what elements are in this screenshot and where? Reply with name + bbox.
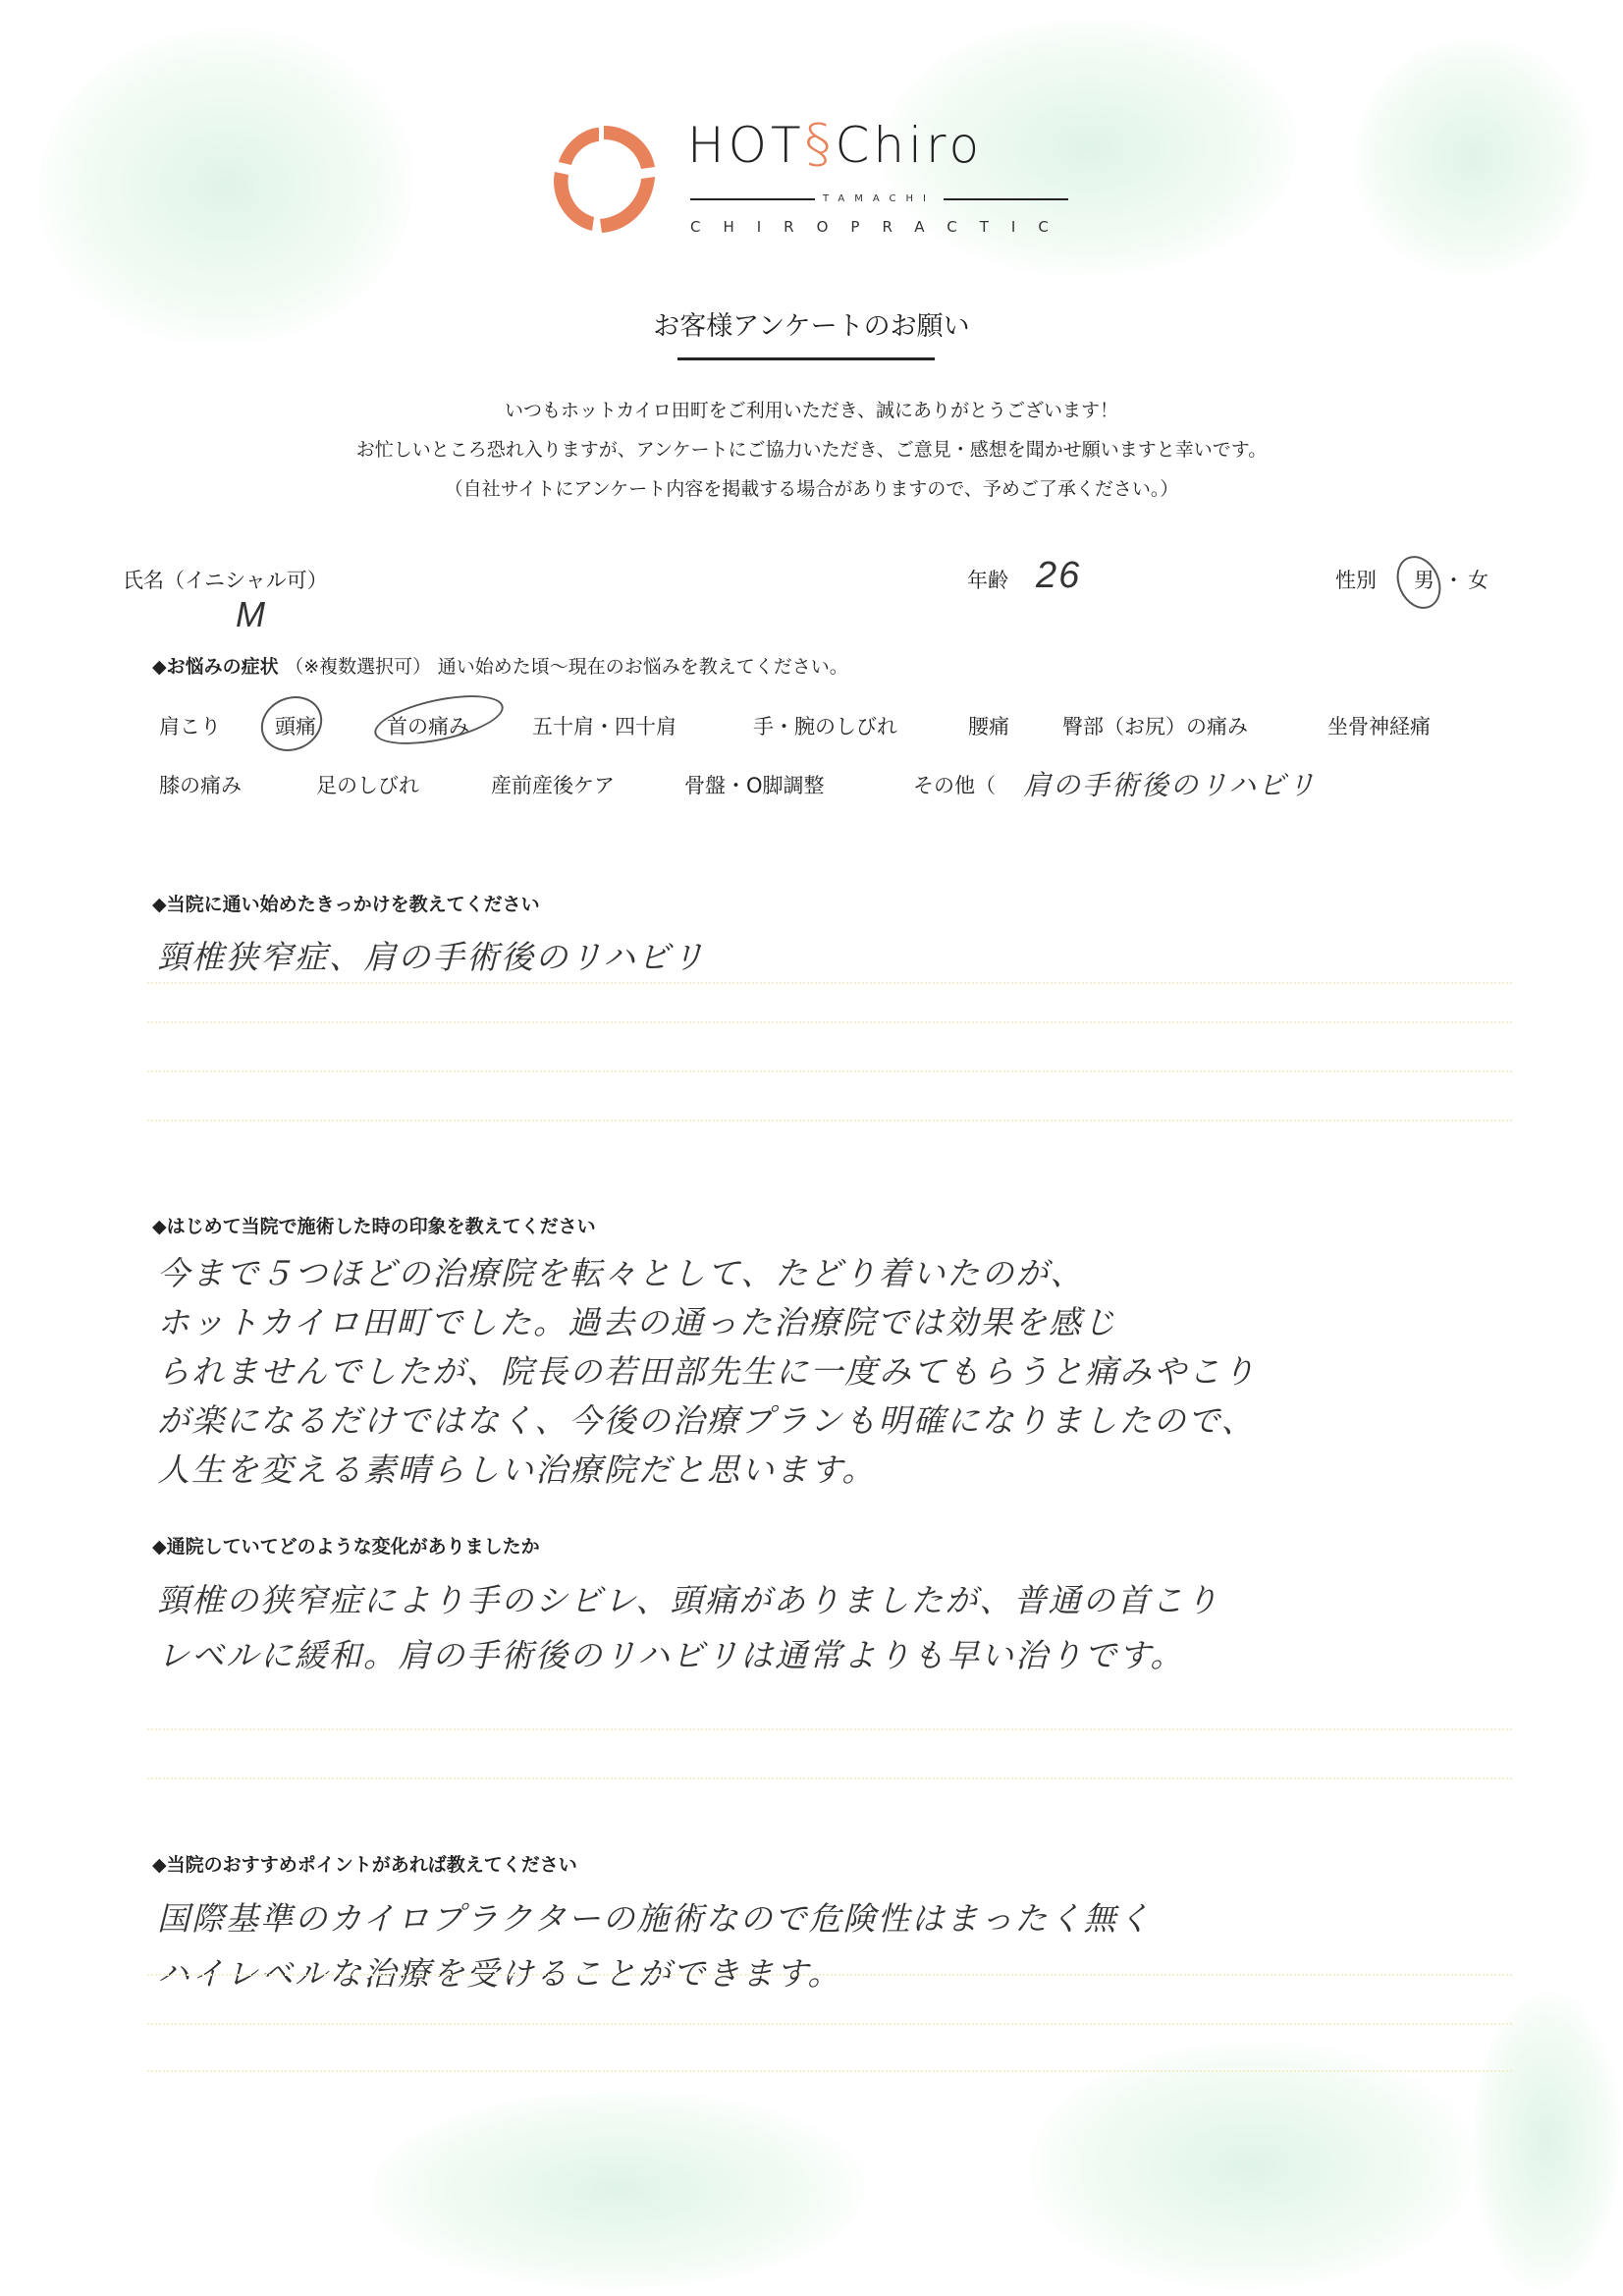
logo-word-hot: HOT	[687, 117, 805, 174]
answer-line: 頸椎狭窄症、肩の手術後のリハビリ	[157, 931, 1532, 984]
logo-wordmark: HOT§Chiro	[687, 113, 983, 175]
logo-rule-left	[690, 198, 815, 200]
symptom-other-field[interactable]: 肩の手術後のリハビリ	[1023, 764, 1317, 803]
answer-field-2[interactable]: 今まで５つほどの治療院を転々として、たどり着いたのが、 ホットカイロ田町でした。…	[157, 1249, 1532, 1495]
answer-guide-line	[147, 1120, 1512, 1121]
page-title: お客様アンケートのお願い	[0, 304, 1623, 343]
logo-tagline: CHIROPRACTIC	[690, 218, 1071, 236]
background-leaf-decoration	[373, 2092, 864, 2288]
name-label: 氏名（イニシャル可）	[123, 565, 328, 594]
answer-guide-line	[147, 2023, 1512, 2025]
logo-word-chiro: Chiro	[836, 117, 984, 174]
symptom-option-ashi-shibire[interactable]: 足のしびれ	[316, 770, 419, 799]
symptom-option-yotsu[interactable]: 腰痛	[968, 711, 1009, 740]
question-heading-3: ◆通院していてどのような変化がありましたか	[152, 1532, 540, 1558]
question-heading-2: ◆はじめて当院で施術した時の印象を教えてください	[152, 1212, 596, 1238]
background-leaf-decoration	[1355, 39, 1591, 275]
answer-line: ホットカイロ田町でした。過去の通った治療院では効果を感じ	[157, 1298, 1532, 1347]
answer-line: 今まで５つほどの治療院を転々として、たどり着いたのが、	[157, 1249, 1532, 1298]
title-underline	[677, 357, 935, 360]
gender-option-female[interactable]: 女	[1468, 565, 1488, 594]
symptom-option-other[interactable]: その他（	[913, 770, 996, 799]
symptom-option-zakotsu[interactable]: 坐骨神経痛	[1327, 711, 1431, 740]
name-field[interactable]: M	[236, 594, 267, 635]
gender-label: 性別	[1335, 565, 1377, 594]
background-leaf-decoration	[39, 29, 412, 344]
answer-field-4[interactable]: 国際基準のカイロプラクターの施術なので危険性はまったく無く ハイレベルな治療を受…	[157, 1891, 1532, 2001]
answer-line: 頸椎の狭窄症により手のシビレ、頭痛がありましたが、普通の首こり	[157, 1573, 1532, 1628]
intro-line: （自社サイトにアンケート内容を掲載する場合がありますので、予めご了承ください。）	[0, 469, 1623, 509]
hands-logo-icon	[545, 118, 663, 241]
answer-guide-line	[147, 2070, 1512, 2072]
answer-guide-line	[147, 1974, 1512, 1976]
age-field[interactable]: 26	[1036, 555, 1081, 597]
background-leaf-decoration	[1031, 2043, 1473, 2288]
symptom-option-hiza[interactable]: 膝の痛み	[159, 770, 242, 799]
logo-location-text: TAMACHI	[823, 193, 936, 204]
symptom-option-kotsuban[interactable]: 骨盤・O脚調整	[684, 770, 825, 799]
answer-line: レベルに緩和。肩の手術後のリハビリは通常よりも早い治りです。	[157, 1628, 1532, 1683]
question-heading-4: ◆当院のおすすめポイントがあれば教えてください	[152, 1850, 577, 1877]
brand-logo: HOT§Chiro TAMACHI CHIROPRACTIC	[545, 113, 1075, 250]
symptom-option-sanzen-sango[interactable]: 産前産後ケア	[491, 770, 615, 799]
logo-rule-right	[944, 198, 1068, 200]
answer-line: 国際基準のカイロプラクターの施術なので危険性はまったく無く	[157, 1891, 1532, 1946]
symptoms-heading: ◆お悩みの症状 （※複数選択可） 通い始めた頃～現在のお悩みを教えてください。	[152, 652, 848, 679]
background-leaf-decoration	[1473, 1994, 1620, 2288]
symptom-option-te-ude-shibire[interactable]: 手・腕のしびれ	[753, 711, 897, 740]
answer-field-1[interactable]: 頸椎狭窄症、肩の手術後のリハビリ	[157, 931, 1532, 984]
intro-line: いつもホットカイロ田町をご利用いただき、誠にありがとうございます！	[0, 391, 1623, 430]
symptoms-heading-text: ◆お悩みの症状	[152, 656, 279, 678]
intro-text: いつもホットカイロ田町をご利用いただき、誠にありがとうございます！ お忙しいとこ…	[0, 391, 1623, 509]
symptoms-heading-desc: 通い始めた頃～現在のお悩みを教えてください。	[438, 656, 848, 678]
answer-guide-line	[147, 1728, 1512, 1730]
answer-guide-line	[147, 1070, 1512, 1072]
symptom-option-katakori[interactable]: 肩こり	[159, 711, 221, 740]
symptom-selected-circle-kubi	[370, 686, 508, 754]
answer-guide-line	[147, 982, 1512, 984]
gender-selected-circle	[1388, 549, 1449, 617]
answer-guide-line	[147, 1777, 1512, 1779]
symptoms-heading-note: （※複数選択可）	[285, 656, 431, 678]
age-label: 年齢	[967, 565, 1008, 594]
symptom-option-gojukata[interactable]: 五十肩・四十肩	[532, 711, 676, 740]
answer-field-3[interactable]: 頸椎の狭窄症により手のシビレ、頭痛がありましたが、普通の首こり レベルに緩和。肩…	[157, 1573, 1532, 1683]
answer-line: が楽になるだけではなく、今後の治療プランも明確になりましたので、	[157, 1396, 1532, 1446]
logo-location: TAMACHI	[690, 193, 1068, 204]
answer-line: られませんでしたが、院長の若田部先生に一度みてもらうと痛みやこり	[157, 1347, 1532, 1396]
answer-line: 人生を変える素晴らしい治療院だと思います。	[157, 1446, 1532, 1495]
gender-separator: ・	[1443, 565, 1464, 594]
intro-line: お忙しいところ恐れ入りますが、アンケートにご協力いただき、ご意見・感想を聞かせ願…	[0, 430, 1623, 469]
flame-icon: §	[805, 113, 836, 175]
symptom-option-denbu[interactable]: 臀部（お尻）の痛み	[1062, 711, 1248, 740]
symptom-selected-circle-zutsu	[252, 686, 332, 761]
question-heading-1: ◆当院に通い始めたきっかけを教えてください	[152, 890, 540, 916]
answer-guide-line	[147, 1021, 1512, 1023]
